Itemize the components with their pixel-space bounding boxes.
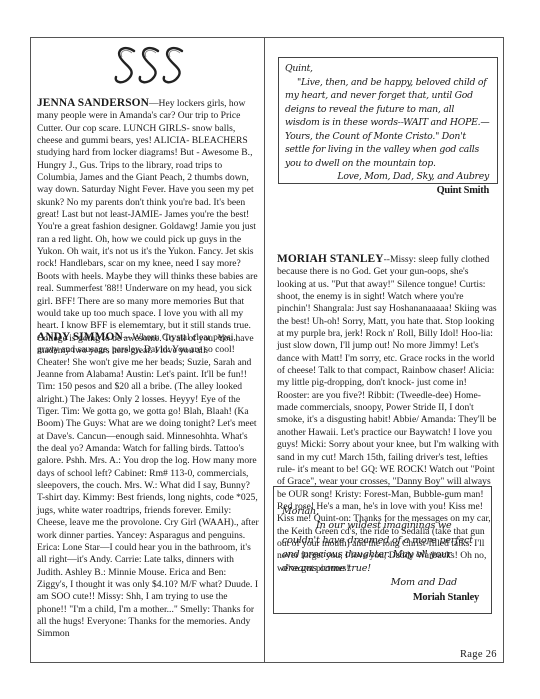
entry-andy-simmon: ANDY SIMMON—Whort: Crystal clear pepsi, …	[37, 331, 259, 641]
message-salutation: Quint,	[285, 62, 491, 76]
message-body: In our wildest imaginings we couldn't ha…	[282, 519, 483, 576]
entry-name: ANDY SIMMON	[37, 331, 123, 343]
sss-script-logo	[112, 43, 192, 89]
entry-name: JENNA SANDERSON	[37, 97, 149, 109]
message-salutation: Moriah,	[282, 505, 483, 519]
entry-text: —Hey lockers girls, how many people were…	[37, 98, 258, 356]
message-signoff: Love, Mom, Dad, Sky, and Aubrey	[285, 170, 491, 184]
entry-jenna-sanderson: JENNA SANDERSON—Hey lockers girls, how m…	[37, 97, 259, 357]
message-signoff: Mom and Dad	[282, 576, 483, 590]
parent-message-box-quint: Quint, "Live, then, and be happy, belove…	[278, 57, 498, 184]
entry-text: —Whort: Crystal clear pepsi, gravy and s…	[37, 332, 259, 639]
parent-message-box-moriah: Moriah, In our wildest imaginings we cou…	[273, 486, 492, 614]
entry-name: MORIAH STANLEY	[277, 253, 384, 265]
column-divider	[264, 37, 265, 663]
student-name: Moriah Stanley	[282, 591, 483, 605]
message-body: "Live, then, and be happy, beloved child…	[285, 76, 491, 171]
page-number: Rage 26	[460, 649, 497, 660]
student-name: Quint Smith	[285, 184, 491, 198]
